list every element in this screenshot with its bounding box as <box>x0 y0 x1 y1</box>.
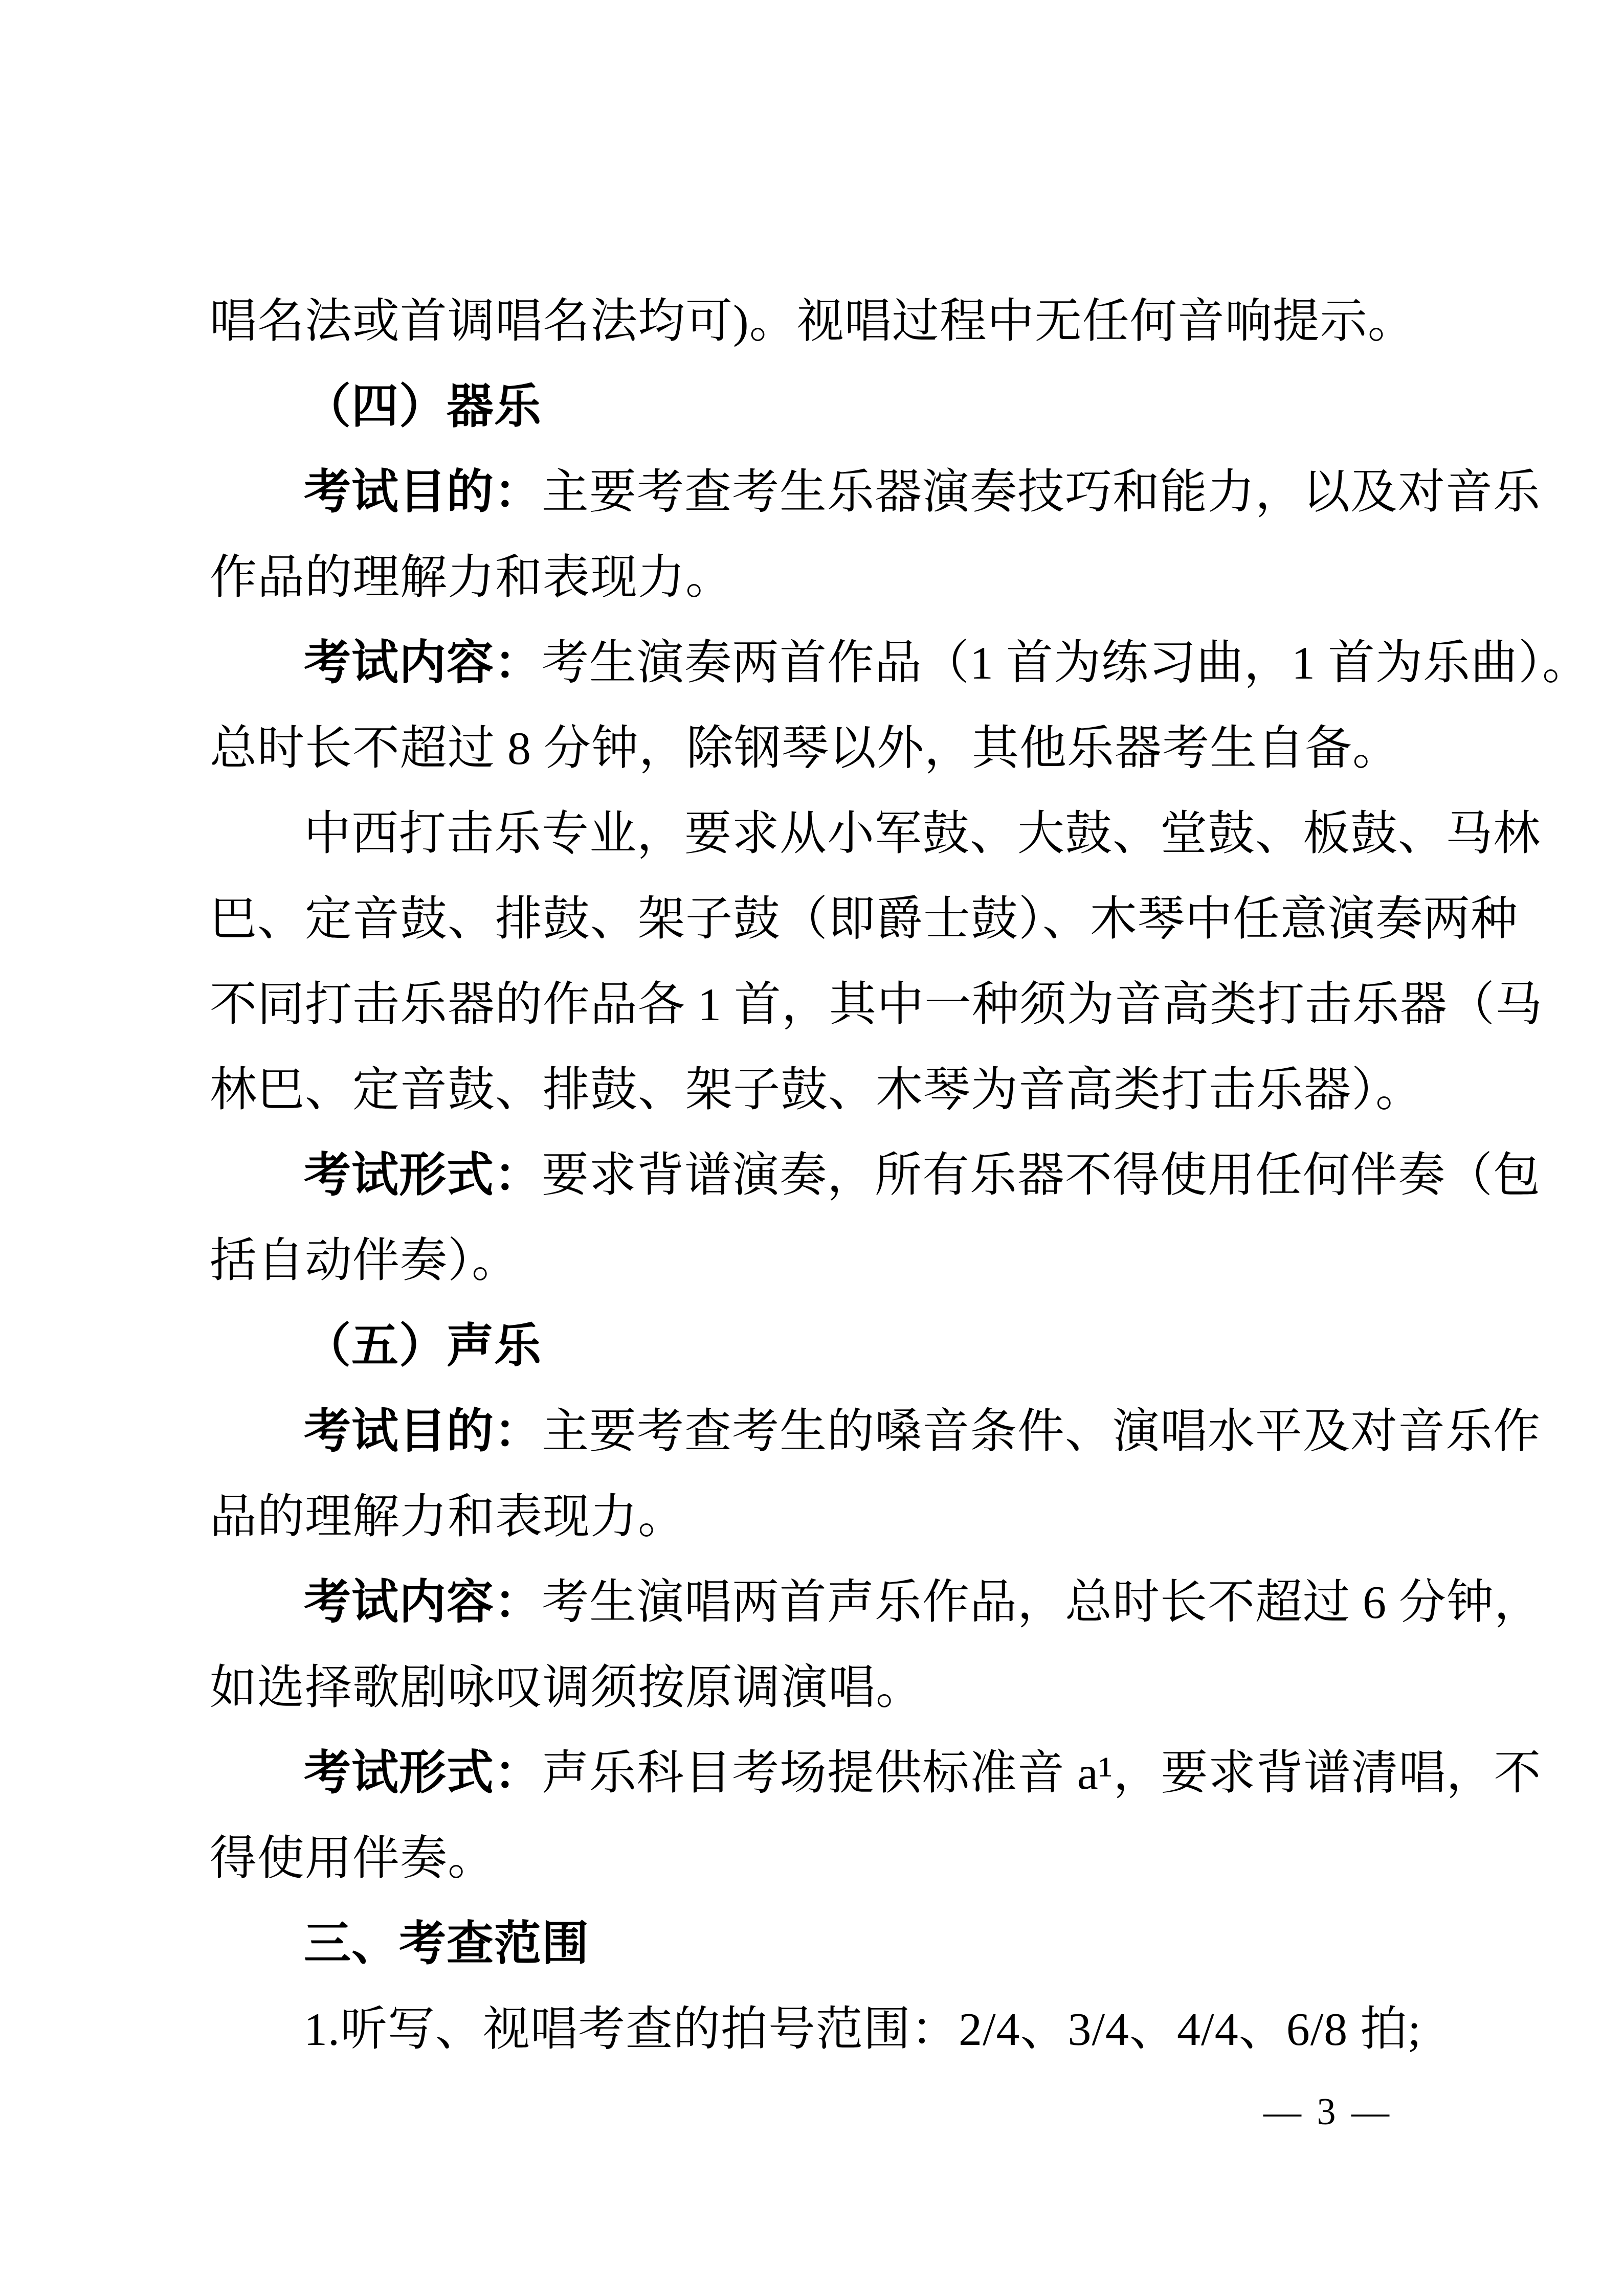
line-text: 总时长不超过 8 分钟，除钢琴以外，其他乐器考生自备。 <box>210 722 1400 774</box>
text-line: 考试目的：主要考查考生乐器演奏技巧和能力，以及对音乐 <box>210 449 1432 535</box>
text-line: 考试内容：考生演奏两首作品（1 首为练习曲，1 首为乐曲）。 <box>210 620 1432 706</box>
line-label: 考试形式： <box>304 1149 542 1201</box>
line-text: 主要考查考生的嗓音条件、演唱水平及对音乐作 <box>542 1405 1541 1457</box>
section-heading-4: （四）器乐 <box>210 364 1432 449</box>
line-text: 不同打击乐器的作品各 1 首，其中一种须为音高类打击乐器（马 <box>210 978 1543 1030</box>
line-label: 考试目的： <box>304 1405 542 1457</box>
text-line: 考试形式：声乐科目考场提供标准音 a¹，要求背谱清唱，不 <box>210 1730 1432 1816</box>
line-text: 品的理解力和表现力。 <box>210 1491 685 1543</box>
line-text: 中西打击乐专业，要求从小军鼓、大鼓、堂鼓、板鼓、马林 <box>304 807 1541 860</box>
section-heading-5: （五）声乐 <box>210 1303 1432 1389</box>
text-line: 唱名法或首调唱名法均可)。视唱过程中无任何音响提示。 <box>210 279 1432 364</box>
line-text: 得使用伴奏。 <box>210 1832 495 1884</box>
line-text: 唱名法或首调唱名法均可)。视唱过程中无任何音响提示。 <box>210 295 1415 347</box>
text-line: 巴、定音鼓、排鼓、架子鼓（即爵士鼓）、木琴中任意演奏两种 <box>210 876 1432 962</box>
line-text: 要求背谱演奏，所有乐器不得使用任何伴奏（包 <box>542 1149 1541 1201</box>
line-label: 考试内容： <box>304 1576 542 1628</box>
heading-text: （五）声乐 <box>304 1320 542 1372</box>
document-body: 唱名法或首调唱名法均可)。视唱过程中无任何音响提示。 （四）器乐 考试目的：主要… <box>210 279 1432 2072</box>
line-text: 括自动伴奏）。 <box>210 1234 519 1287</box>
text-line: 不同打击乐器的作品各 1 首，其中一种须为音高类打击乐器（马 <box>210 962 1432 1047</box>
line-text: 考生演唱两首声乐作品，总时长不超过 6 分钟， <box>542 1576 1542 1628</box>
text-line: 总时长不超过 8 分钟，除钢琴以外，其他乐器考生自备。 <box>210 706 1432 791</box>
text-line: 得使用伴奏。 <box>210 1816 1432 1901</box>
document-page: 唱名法或首调唱名法均可)。视唱过程中无任何音响提示。 （四）器乐 考试目的：主要… <box>0 0 1624 2296</box>
section-heading-3: 三、考查范围 <box>210 1901 1432 1987</box>
text-line: 中西打击乐专业，要求从小军鼓、大鼓、堂鼓、板鼓、马林 <box>210 791 1432 876</box>
line-text: 考生演奏两首作品（1 首为练习曲，1 首为乐曲）。 <box>542 637 1590 689</box>
page-number: — 3 — <box>1263 2086 1392 2137</box>
text-line: 如选择歌剧咏叹调须按原调演唱。 <box>210 1645 1432 1730</box>
text-line: 品的理解力和表现力。 <box>210 1474 1432 1560</box>
text-line: 1.听写、视唱考查的拍号范围：2/4、3/4、4/4、6/8 拍; <box>210 1987 1432 2072</box>
line-text: 主要考查考生乐器演奏技巧和能力，以及对音乐 <box>542 466 1541 518</box>
line-text: 1.听写、视唱考查的拍号范围：2/4、3/4、4/4、6/8 拍; <box>304 2003 1421 2055</box>
text-line: 林巴、定音鼓、排鼓、架子鼓、木琴为音高类打击乐器）。 <box>210 1047 1432 1133</box>
text-line: 作品的理解力和表现力。 <box>210 535 1432 620</box>
line-text: 作品的理解力和表现力。 <box>210 551 733 603</box>
heading-text: （四）器乐 <box>304 380 542 433</box>
line-text: 林巴、定音鼓、排鼓、架子鼓、木琴为音高类打击乐器）。 <box>210 1064 1423 1116</box>
text-line: 考试内容：考生演唱两首声乐作品，总时长不超过 6 分钟， <box>210 1560 1432 1645</box>
line-text: 如选择歌剧咏叹调须按原调演唱。 <box>210 1661 923 1714</box>
line-text: 巴、定音鼓、排鼓、架子鼓（即爵士鼓）、木琴中任意演奏两种 <box>210 893 1518 945</box>
text-line: 括自动伴奏）。 <box>210 1218 1432 1303</box>
line-label: 考试形式： <box>304 1747 542 1799</box>
text-line: 考试形式：要求背谱演奏，所有乐器不得使用任何伴奏（包 <box>210 1133 1432 1218</box>
line-text: 声乐科目考场提供标准音 a¹，要求背谱清唱，不 <box>542 1747 1541 1799</box>
text-line: 考试目的：主要考查考生的嗓音条件、演唱水平及对音乐作 <box>210 1389 1432 1474</box>
line-label: 考试目的： <box>304 466 542 518</box>
heading-text: 三、考查范围 <box>304 1918 589 1970</box>
line-label: 考试内容： <box>304 637 542 689</box>
